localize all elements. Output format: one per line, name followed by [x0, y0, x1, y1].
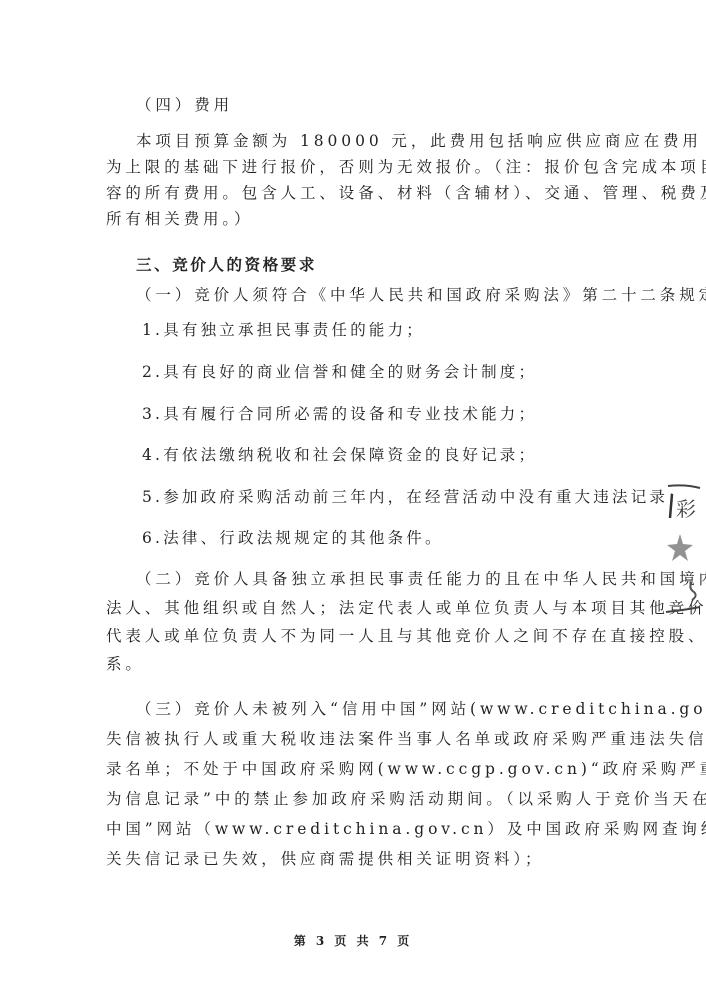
requirement-item: 4.有依法缴纳税收和社会保障资金的良好记录；: [142, 445, 630, 465]
fee-paragraph-line: 为上限的基础下进行报价，否则为无效报价。（注：报价包含完成本项目服务内: [106, 157, 594, 177]
page-number: 第 3 页 共 7 页: [0, 932, 706, 949]
requirement-item: 6.法律、行政法规规定的其他条件。: [142, 528, 630, 548]
clause-two-line: 代表人或单位负责人不为同一人且与其他竞价人之间不存在直接控股、管理关: [106, 626, 594, 646]
clause-three-line: 失信被执行人或重大税收违法案件当事人名单或政府采购严重违法失信行为”记: [106, 729, 594, 749]
fee-paragraph-line: 本项目预算金额为 180000 元，此费用包括响应供应商应在费用 180000 …: [136, 131, 624, 151]
star-seal-icon: 彩: [660, 482, 706, 618]
clause-three-line: （三）竞价人未被列入“信用中国”网站(www.creditchina.gov.c…: [136, 699, 624, 719]
clause-two-line: 系。: [106, 654, 594, 674]
requirement-item: 1.具有独立承担民事责任的能力；: [142, 320, 630, 340]
clause-three-line: 关失信记录已失效，供应商需提供相关证明资料）；: [106, 849, 594, 869]
clause-one: （一）竞价人须符合《中华人民共和国政府采购法》第二十二条规定；: [136, 285, 624, 305]
qualification-heading: 三、竞价人的资格要求: [136, 255, 624, 275]
requirement-item: 2.具有良好的商业信誉和健全的财务会计制度；: [142, 362, 630, 382]
document-page: （四）费用 本项目预算金额为 180000 元，此费用包括响应供应商应在费用 1…: [0, 0, 706, 1000]
clause-two-line: （二）竞价人具备独立承担民事责任能力的且在中华人民共和国境内注册的: [136, 569, 624, 589]
requirement-item: 3.具有履行合同所必需的设备和专业技术能力；: [142, 404, 630, 424]
fee-paragraph-line: 所有相关费用。）: [106, 209, 594, 229]
clause-three-line: 为信息记录”中的禁止参加政府采购活动期间。（以采购人于竞价当天在“信用: [106, 789, 594, 809]
clause-two-line: 法人、其他组织或自然人；法定代表人或单位负责人与本项目其他竞价人的法定: [106, 598, 594, 618]
svg-text:彩: 彩: [676, 497, 696, 521]
clause-three-line: 录名单；不处于中国政府采购网(www.ccgp.gov.cn)“政府采购严重违法…: [106, 759, 594, 779]
requirement-item: 5.参加政府采购活动前三年内，在经营活动中没有重大违法记录；: [142, 487, 630, 507]
fee-heading: （四）费用: [136, 95, 624, 115]
clause-three-line: 中国”网站（www.creditchina.gov.cn）及中国政府采购网查询结…: [106, 819, 594, 839]
fee-paragraph-line: 容的所有费用。包含人工、设备、材料（含辅材）、交通、管理、税费及利润等: [106, 183, 594, 203]
seal-stamp-fragment: 彩: [660, 482, 706, 618]
